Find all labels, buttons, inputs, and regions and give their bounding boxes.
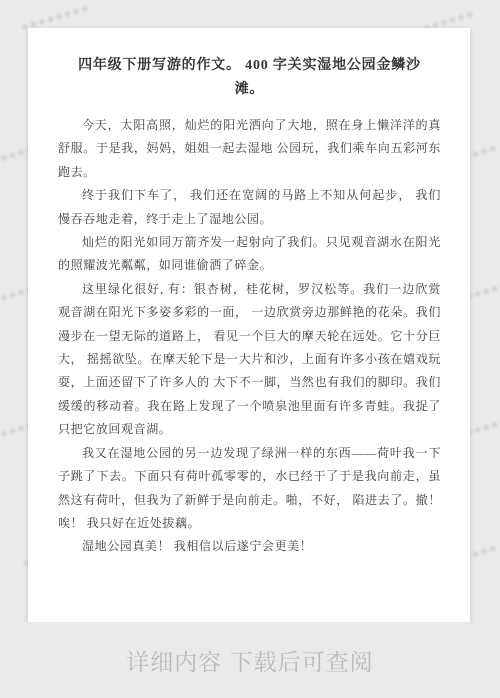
document-page: 四年级下册写游的作文。 400 字关实湿地公园金鳞沙滩。 今天，太阳高照，灿烂的… [28, 28, 470, 622]
essay-paragraph: 我又在湿地公园的另一边发现了绿洲一样的东西——荷叶我一下子跳了下去。下面只有荷叶… [58, 442, 441, 536]
document-preview-screen: ◆◆◆◆◆◆◆◆ ◆◆◆◆◆◆◆◆ ◆◆◆◆◆◆◆◆ ◆◆◆◆◆◆◆◆ ◆◆◆◆… [0, 0, 500, 698]
footer-bar: 详细内容 下载后可查阅 [0, 622, 500, 698]
essay-paragraph: 终于我们下车了， 我们还在宽阔的马路上不知从何起步， 我们慢吞吞地走着，终于走上… [58, 184, 441, 231]
essay-body: 今天，太阳高照，灿烂的阳光洒向了大地，照在身上懒洋洋的真舒服。于是我，妈妈，姐姐… [58, 114, 441, 559]
essay-paragraph: 湿地公园真美！ 我相信以后遂宁会更美！ [58, 535, 441, 558]
essay-title: 四年级下册写游的作文。 400 字关实湿地公园金鳞沙滩。 [73, 54, 425, 102]
essay-paragraph: 这里绿化很好, 有：银杏树，桂花树，罗汉松等。我们一边欣赏观音湖在阳光下多姿多彩… [58, 278, 441, 442]
essay-paragraph: 今天，太阳高照，灿烂的阳光洒向了大地，照在身上懒洋洋的真舒服。于是我，妈妈，姐姐… [58, 114, 441, 184]
download-notice-text: 详细内容 下载后可查阅 [126, 644, 373, 677]
essay-paragraph: 灿烂的阳光如同万箭齐发一起射向了我们。只见观音湖水在阳光的照耀波光粼粼，如同谁偷… [58, 231, 441, 278]
